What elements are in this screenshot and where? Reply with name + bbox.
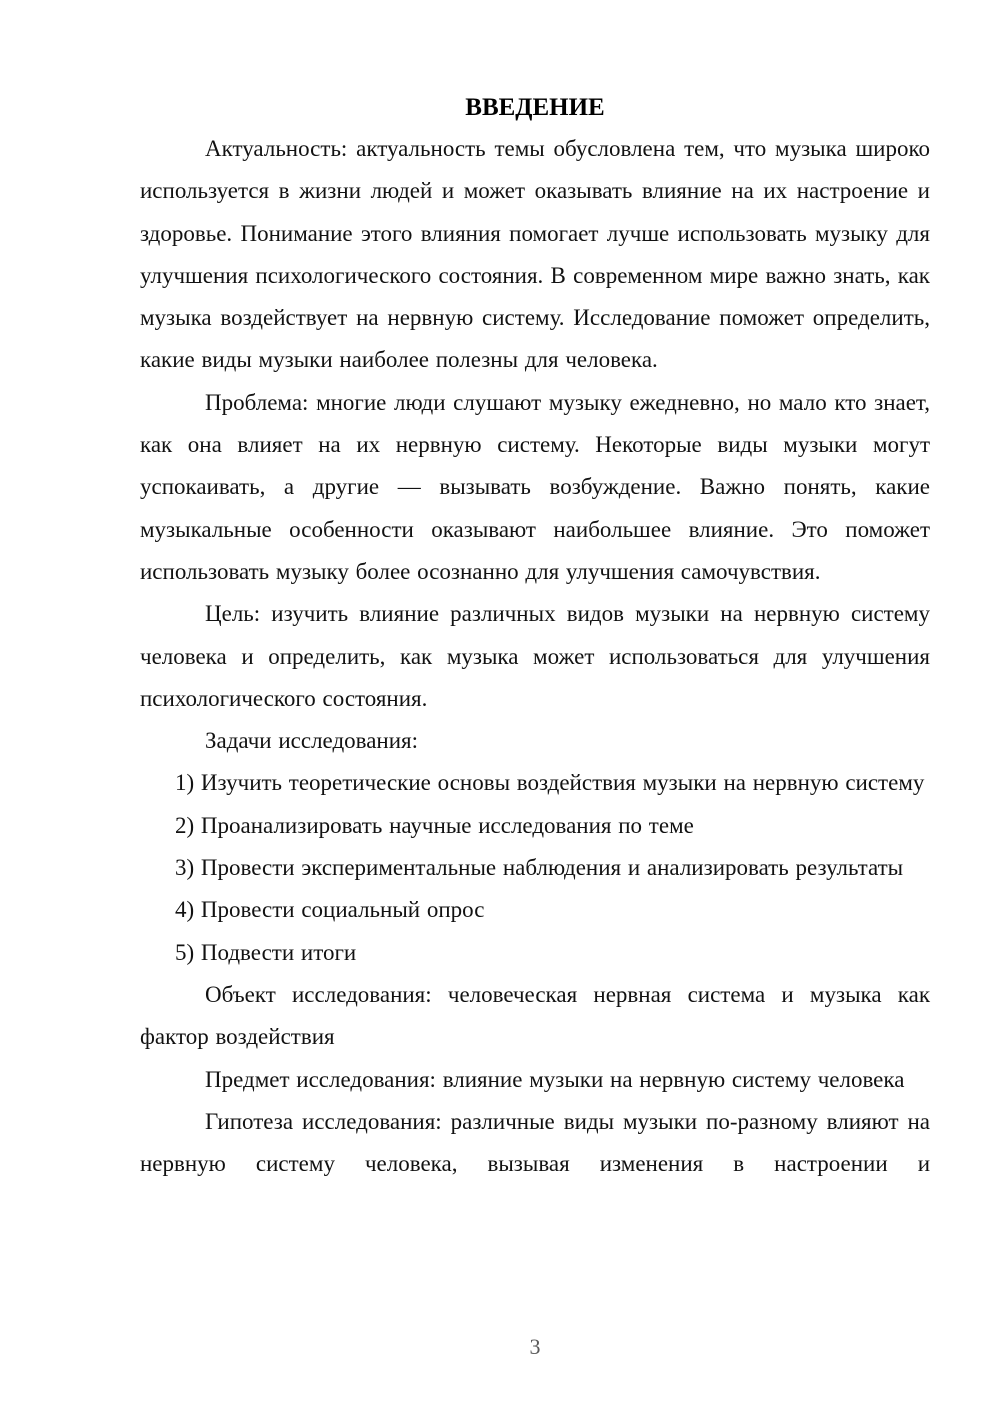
page-number: 3 (140, 1326, 930, 1368)
paragraph-zadachi-heading: Задачи исследования: (140, 720, 930, 762)
paragraph-gipoteza: Гипотеза исследования: различные виды му… (140, 1101, 930, 1186)
list-item-5: 5) Подвести итоги (140, 932, 930, 974)
list-item-2: 2) Проанализировать научные исследования… (140, 805, 930, 847)
document-page: ВВЕДЕНИЕ Актуальность: актуальность темы… (0, 0, 1000, 1414)
paragraph-problema: Проблема: многие люди слушают музыку еже… (140, 382, 930, 593)
paragraph-obekt: Объект исследования: человеческая нервна… (140, 974, 930, 1059)
list-item-1: 1) Изучить теоретические основы воздейст… (140, 762, 930, 804)
paragraph-aktualnost: Актуальность: актуальность темы обусловл… (140, 128, 930, 382)
paragraph-predmet: Предмет исследования: влияние музыки на … (140, 1059, 930, 1101)
document-content: ВВЕДЕНИЕ Актуальность: актуальность темы… (0, 0, 1000, 1185)
page-title: ВВЕДЕНИЕ (140, 88, 930, 128)
list-item-3: 3) Провести экспериментальные наблюдения… (140, 847, 930, 889)
paragraph-tsel: Цель: изучить влияние различных видов му… (140, 593, 930, 720)
list-item-4: 4) Провести социальный опрос (140, 889, 930, 931)
